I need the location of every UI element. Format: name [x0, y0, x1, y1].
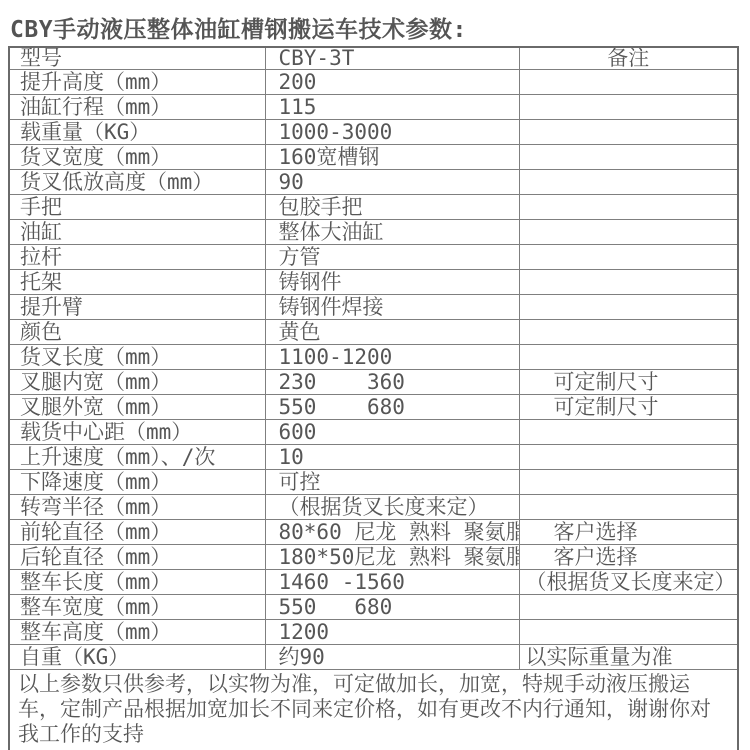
table-row: 载货中心距（mm）600 [9, 420, 738, 445]
table-row: 自重（KG）约90以实际重量为准 [9, 645, 738, 670]
table-row: 手把包胶手把 [9, 195, 738, 220]
header-row: 型号 CBY-3T 备注 [9, 47, 738, 70]
spec-label: 下降速度（mm） [9, 470, 265, 495]
spec-value: 90 [265, 170, 519, 195]
spec-value: 10 [265, 445, 519, 470]
spec-label: 自重（KG） [9, 645, 265, 670]
table-row: 提升高度（mm）200 [9, 70, 738, 95]
spec-remark [519, 445, 738, 470]
page-title: CBY手动液压整体油缸槽钢搬运车技术参数: [0, 0, 750, 46]
header-model: 型号 [9, 47, 265, 70]
spec-label: 整车宽度（mm） [9, 595, 265, 620]
spec-label: 油缸行程（mm） [9, 95, 265, 120]
table-row: 上升速度（mm）、/次10 [9, 445, 738, 470]
spec-label: 提升臂 [9, 295, 265, 320]
spec-value: 550 680 [265, 595, 519, 620]
spec-value: 黄色 [265, 320, 519, 345]
spec-remark [519, 145, 738, 170]
spec-remark [519, 270, 738, 295]
spec-label: 油缸 [9, 220, 265, 245]
spec-value: 整体大油缸 [265, 220, 519, 245]
spec-remark [519, 95, 738, 120]
spec-value: 230 360 [265, 370, 519, 395]
spec-value: 80*60 尼龙 熟料 聚氨脂 [265, 520, 519, 545]
spec-remark [519, 170, 738, 195]
spec-remark [519, 420, 738, 445]
spec-value: 铸钢件 [265, 270, 519, 295]
spec-remark [519, 620, 738, 645]
spec-remark [519, 295, 738, 320]
spec-value: 160宽槽钢 [265, 145, 519, 170]
spec-remark [519, 320, 738, 345]
spec-table-body: 提升高度（mm）200油缸行程（mm）115载重量（KG）1000-3000货叉… [9, 70, 738, 670]
table-row: 托架铸钢件 [9, 270, 738, 295]
spec-remark [519, 195, 738, 220]
spec-label: 手把 [9, 195, 265, 220]
spec-label: 货叉长度（mm） [9, 345, 265, 370]
table-row: 叉腿内宽（mm）230 360可定制尺寸 [9, 370, 738, 395]
spec-value: 600 [265, 420, 519, 445]
spec-value: 1460 -1560 [265, 570, 519, 595]
spec-label: 托架 [9, 270, 265, 295]
spec-label: 转弯半径（mm） [9, 495, 265, 520]
spec-value: 550 680 [265, 395, 519, 420]
spec-value: 1000-3000 [265, 120, 519, 145]
table-row: 颜色黄色 [9, 320, 738, 345]
spec-label: 载货中心距（mm） [9, 420, 265, 445]
spec-value: 1100-1200 [265, 345, 519, 370]
spec-label: 货叉宽度（mm） [9, 145, 265, 170]
table-row: 前轮直径（mm）80*60 尼龙 熟料 聚氨脂客户选择 [9, 520, 738, 545]
spec-remark [519, 595, 738, 620]
spec-label: 前轮直径（mm） [9, 520, 265, 545]
table-row: 载重量（KG）1000-3000 [9, 120, 738, 145]
spec-label: 叉腿内宽（mm） [9, 370, 265, 395]
footer-row: 以上参数只供参考，以实物为准，可定做加长，加宽，特规手动液压搬运车，定制产品根据… [9, 670, 738, 750]
spec-remark: 以实际重量为准 [519, 645, 738, 670]
spec-label: 拉杆 [9, 245, 265, 270]
spec-value: 可控 [265, 470, 519, 495]
table-row: 叉腿外宽（mm）550 680可定制尺寸 [9, 395, 738, 420]
table-row: 整车长度（mm）1460 -1560（根据货叉长度来定） [9, 570, 738, 595]
spec-value: （根据货叉长度来定） [265, 495, 519, 520]
spec-label: 提升高度（mm） [9, 70, 265, 95]
spec-remark: （根据货叉长度来定） [519, 570, 738, 595]
spec-label: 后轮直径（mm） [9, 545, 265, 570]
spec-remark [519, 345, 738, 370]
table-row: 货叉低放高度（mm）90 [9, 170, 738, 195]
table-row: 油缸整体大油缸 [9, 220, 738, 245]
spec-label: 整车长度（mm） [9, 570, 265, 595]
spec-remark [519, 220, 738, 245]
table-row: 拉杆方管 [9, 245, 738, 270]
spec-remark [519, 120, 738, 145]
spec-label: 货叉低放高度（mm） [9, 170, 265, 195]
table-footer-note: 以上参数只供参考，以实物为准，可定做加长，加宽，特规手动液压搬运车，定制产品根据… [9, 670, 738, 750]
spec-value: 铸钢件焊接 [265, 295, 519, 320]
table-row: 货叉长度（mm）1100-1200 [9, 345, 738, 370]
table-row: 货叉宽度（mm）160宽槽钢 [9, 145, 738, 170]
table-row: 油缸行程（mm）115 [9, 95, 738, 120]
spec-label: 颜色 [9, 320, 265, 345]
table-row: 后轮直径（mm）180*50尼龙 熟料 聚氨脂客户选择 [9, 545, 738, 570]
spec-value: 115 [265, 95, 519, 120]
table-row: 整车宽度（mm）550 680 [9, 595, 738, 620]
spec-label: 整车高度（mm） [9, 620, 265, 645]
spec-remark [519, 470, 738, 495]
spec-table: 型号 CBY-3T 备注 提升高度（mm）200油缸行程（mm）115载重量（K… [8, 46, 739, 750]
spec-remark: 可定制尺寸 [519, 370, 738, 395]
spec-value: 包胶手把 [265, 195, 519, 220]
spec-remark: 客户选择 [519, 545, 738, 570]
spec-value: 200 [265, 70, 519, 95]
spec-label: 载重量（KG） [9, 120, 265, 145]
spec-value: 约90 [265, 645, 519, 670]
spec-value: 180*50尼龙 熟料 聚氨脂 [265, 545, 519, 570]
spec-label: 上升速度（mm）、/次 [9, 445, 265, 470]
spec-remark [519, 495, 738, 520]
spec-remark [519, 70, 738, 95]
table-row: 下降速度（mm）可控 [9, 470, 738, 495]
spec-remark: 客户选择 [519, 520, 738, 545]
spec-value: 方管 [265, 245, 519, 270]
spec-value: 1200 [265, 620, 519, 645]
spec-remark: 可定制尺寸 [519, 395, 738, 420]
header-model-value: CBY-3T [265, 47, 519, 70]
table-row: 转弯半径（mm）（根据货叉长度来定） [9, 495, 738, 520]
table-row: 提升臂铸钢件焊接 [9, 295, 738, 320]
spec-remark [519, 245, 738, 270]
header-remark: 备注 [519, 47, 738, 70]
table-row: 整车高度（mm）1200 [9, 620, 738, 645]
spec-label: 叉腿外宽（mm） [9, 395, 265, 420]
